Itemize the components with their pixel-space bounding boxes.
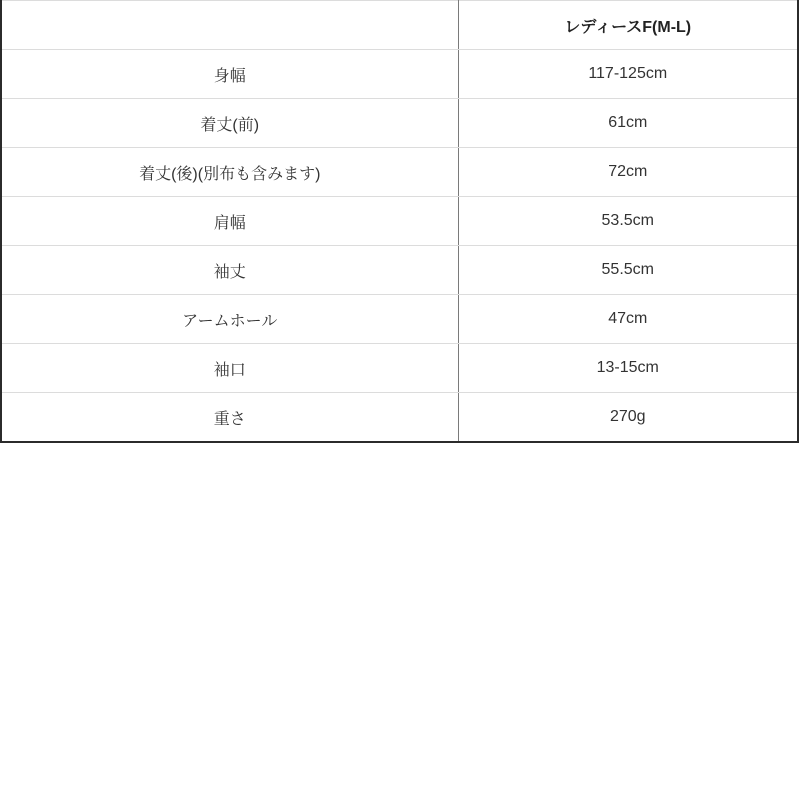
table-header-row: レディースF(M-L) [1, 1, 798, 50]
row-value: 117-125cm [458, 50, 798, 99]
table-row: 着丈(前) 61cm [1, 99, 798, 148]
row-label: 着丈(前) [1, 99, 458, 148]
row-value: 53.5cm [458, 197, 798, 246]
row-value: 13-15cm [458, 344, 798, 393]
row-label: 肩幅 [1, 197, 458, 246]
table-row: 袖丈 55.5cm [1, 246, 798, 295]
row-value: 55.5cm [458, 246, 798, 295]
row-label: アームホール [1, 295, 458, 344]
row-value: 72cm [458, 148, 798, 197]
size-table: レディースF(M-L) 身幅 117-125cm 着丈(前) 61cm 着丈(後… [0, 0, 799, 443]
row-label: 袖口 [1, 344, 458, 393]
table-row: 着丈(後)(別布も含みます) 72cm [1, 148, 798, 197]
row-label: 身幅 [1, 50, 458, 99]
row-label: 着丈(後)(別布も含みます) [1, 148, 458, 197]
header-label-cell [1, 1, 458, 50]
table-row: 身幅 117-125cm [1, 50, 798, 99]
header-size-column: レディースF(M-L) [458, 1, 798, 50]
table-row: アームホール 47cm [1, 295, 798, 344]
table-row: 重さ 270g [1, 393, 798, 443]
row-value: 61cm [458, 99, 798, 148]
row-value: 270g [458, 393, 798, 443]
table-row: 袖口 13-15cm [1, 344, 798, 393]
row-label: 袖丈 [1, 246, 458, 295]
row-value: 47cm [458, 295, 798, 344]
row-label: 重さ [1, 393, 458, 443]
table-row: 肩幅 53.5cm [1, 197, 798, 246]
